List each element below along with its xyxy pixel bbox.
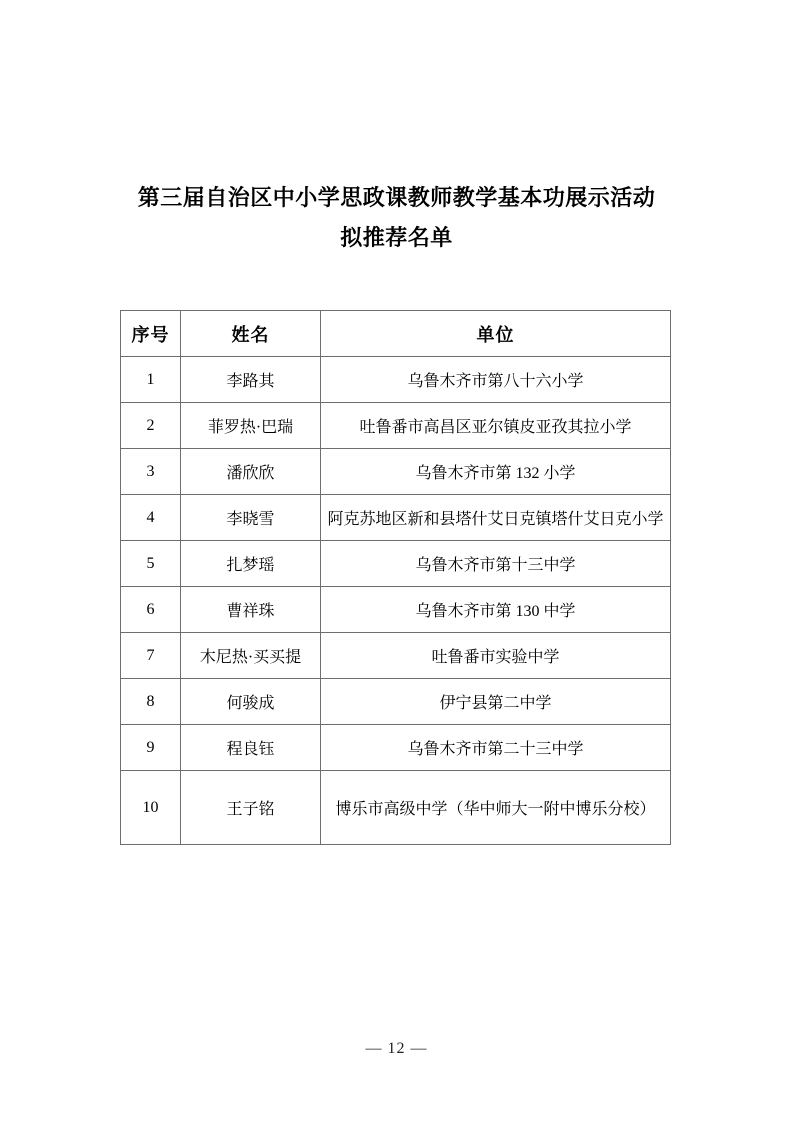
cell-unit: 乌鲁木齐市第 130 中学 xyxy=(321,587,671,633)
table-row: 2菲罗热·巴瑞吐鲁番市高昌区亚尔镇皮亚孜其拉小学 xyxy=(121,403,671,449)
cell-name: 扎梦瑶 xyxy=(181,541,321,587)
cell-unit: 伊宁县第二中学 xyxy=(321,679,671,725)
cell-serial: 1 xyxy=(121,357,181,403)
cell-serial: 6 xyxy=(121,587,181,633)
table-row: 7木尼热·买买提吐鲁番市实验中学 xyxy=(121,633,671,679)
document-title-line2: 拟推荐名单 xyxy=(340,225,453,250)
cell-name: 木尼热·买买提 xyxy=(181,633,321,679)
cell-serial: 3 xyxy=(121,449,181,495)
header-cell-unit: 单位 xyxy=(321,311,671,357)
table-row: 8何骏成伊宁县第二中学 xyxy=(121,679,671,725)
recommendation-table: 序号 姓名 单位 1李路其乌鲁木齐市第八十六小学2菲罗热·巴瑞吐鲁番市高昌区亚尔… xyxy=(120,310,671,845)
cell-unit: 博乐市高级中学（华中师大一附中博乐分校） xyxy=(321,771,671,845)
table-row: 6曹祥珠乌鲁木齐市第 130 中学 xyxy=(121,587,671,633)
table-row: 4李晓雪阿克苏地区新和县塔什艾日克镇塔什艾日克小学 xyxy=(121,495,671,541)
document-page: 第三届自治区中小学思政课教师教学基本功展示活动 拟推荐名单 序号 姓名 单位 1… xyxy=(0,0,793,1122)
table-row: 3潘欣欣乌鲁木齐市第 132 小学 xyxy=(121,449,671,495)
cell-name: 王子铭 xyxy=(181,771,321,845)
document-title: 第三届自治区中小学思政课教师教学基本功展示活动 拟推荐名单 xyxy=(0,178,793,258)
cell-name: 潘欣欣 xyxy=(181,449,321,495)
table-row: 10王子铭博乐市高级中学（华中师大一附中博乐分校） xyxy=(121,771,671,845)
header-cell-serial: 序号 xyxy=(121,311,181,357)
cell-name: 程良钰 xyxy=(181,725,321,771)
document-title-line1: 第三届自治区中小学思政课教师教学基本功展示活动 xyxy=(138,185,656,210)
table-row: 5扎梦瑶乌鲁木齐市第十三中学 xyxy=(121,541,671,587)
table-header-row: 序号 姓名 单位 xyxy=(121,311,671,357)
cell-name: 何骏成 xyxy=(181,679,321,725)
table-row: 1李路其乌鲁木齐市第八十六小学 xyxy=(121,357,671,403)
cell-serial: 4 xyxy=(121,495,181,541)
cell-unit: 吐鲁番市实验中学 xyxy=(321,633,671,679)
cell-unit: 吐鲁番市高昌区亚尔镇皮亚孜其拉小学 xyxy=(321,403,671,449)
table-row: 9程良钰乌鲁木齐市第二十三中学 xyxy=(121,725,671,771)
cell-serial: 9 xyxy=(121,725,181,771)
cell-serial: 8 xyxy=(121,679,181,725)
cell-serial: 7 xyxy=(121,633,181,679)
table-header: 序号 姓名 单位 xyxy=(121,311,671,357)
table-body: 1李路其乌鲁木齐市第八十六小学2菲罗热·巴瑞吐鲁番市高昌区亚尔镇皮亚孜其拉小学3… xyxy=(121,357,671,845)
cell-name: 李路其 xyxy=(181,357,321,403)
cell-serial: 10 xyxy=(121,771,181,845)
cell-unit: 阿克苏地区新和县塔什艾日克镇塔什艾日克小学 xyxy=(321,495,671,541)
cell-name: 曹祥珠 xyxy=(181,587,321,633)
header-cell-name: 姓名 xyxy=(181,311,321,357)
cell-name: 菲罗热·巴瑞 xyxy=(181,403,321,449)
cell-unit: 乌鲁木齐市第八十六小学 xyxy=(321,357,671,403)
cell-unit: 乌鲁木齐市第二十三中学 xyxy=(321,725,671,771)
cell-name: 李晓雪 xyxy=(181,495,321,541)
cell-serial: 2 xyxy=(121,403,181,449)
page-number: — 12 — xyxy=(0,1040,793,1058)
cell-serial: 5 xyxy=(121,541,181,587)
cell-unit: 乌鲁木齐市第十三中学 xyxy=(321,541,671,587)
cell-unit: 乌鲁木齐市第 132 小学 xyxy=(321,449,671,495)
